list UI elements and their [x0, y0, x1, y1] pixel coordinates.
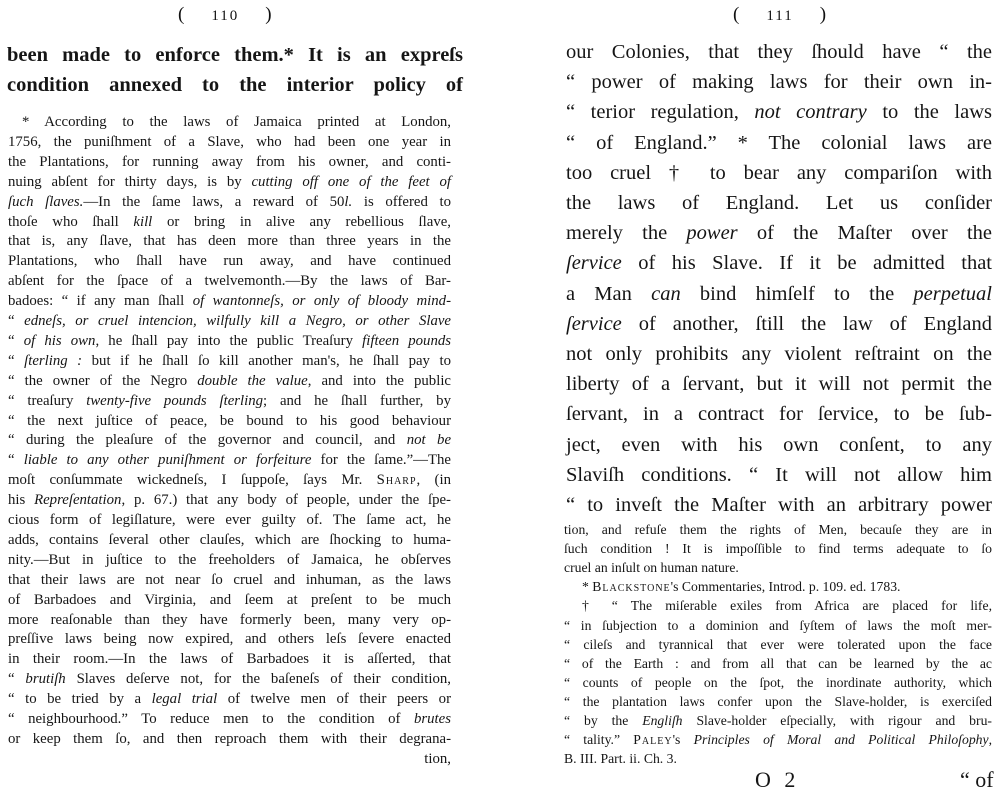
footnote-line: “ liable to any other puniſhment or forf… — [8, 452, 451, 469]
italic-text: kill — [133, 214, 152, 230]
body-line: “ of England.” * The colonial laws are — [566, 132, 992, 155]
footnote-line: “ treaſury twenty-five pounds ſterling; … — [8, 393, 451, 410]
italic-text: of his own — [24, 333, 96, 349]
footnote-line: or keep them ſo, and then reproach them … — [8, 731, 451, 748]
italic-text: edneſs, or cruel intencion, wilfully kil… — [24, 313, 451, 329]
page-number-value: 110 — [211, 8, 239, 24]
footnote-line: adds, contains ſeveral other clauſes, wh… — [8, 532, 451, 549]
footnote-line: ſuch ſlaves.—In the ſame laws, a reward … — [8, 194, 451, 211]
footnote-continuation-line: tion, and refuſe them the rights of Men,… — [564, 522, 992, 538]
footnote-dagger-line: † “ The miſerable exiles from Africa are… — [582, 598, 992, 614]
page-number-value: 111 — [766, 8, 793, 24]
footnote-line: “ during the pleaſure of the governor an… — [8, 432, 451, 449]
footnote-line: “ ſterling : but if he ſhall ſo kill ano… — [8, 353, 451, 370]
footnote-line: cious form of legiſlature, were ever gui… — [8, 512, 451, 529]
footnote-line: * According to the laws of Jamaica print… — [22, 114, 451, 131]
italic-text: brutes — [414, 711, 451, 727]
italic-text: brutiſh — [25, 671, 65, 687]
footnote-line: 1756, the puniſhment of a Slave, who had… — [8, 134, 451, 151]
body-line: ſervice of another, ſtill the law of Eng… — [566, 313, 992, 336]
italic-text: Repreſentation — [34, 492, 121, 508]
page-number-right: (111) — [733, 4, 827, 26]
small-caps-name: Blackstone — [592, 579, 670, 594]
italic-text: ſervice — [566, 252, 622, 274]
footnote-line: thoſe who ſhall kill or bring in alive a… — [8, 214, 451, 231]
footnote-line: “ of his own, he ſhall pay into the publ… — [8, 333, 451, 350]
italic-text: perpetual — [913, 283, 992, 305]
italic-text: Engliſh — [642, 713, 682, 728]
body-line: ſervant, in a contract for ſervice, to b… — [566, 403, 992, 426]
footnote-line: the Plantations, for running away from h… — [8, 154, 451, 171]
footnote-line: in their room.—In the laws of Barbadoes … — [8, 651, 451, 668]
footnote-line: nity.—But in juſtice to the freeholders … — [8, 552, 451, 569]
left-page: (110) been made to enforce them.* It is … — [0, 0, 500, 796]
footnote-line: nuing abſent for thirty days, is by cutt… — [8, 174, 451, 191]
footnote-continuation-line: cruel an inſult on human nature. — [564, 560, 992, 576]
footnote-line: “ neighbourhood.” To reduce men to the c… — [8, 711, 451, 728]
footnote-dagger-line: B. III. Part. ii. Ch. 3. — [564, 751, 992, 767]
italic-text: ſuch ſlaves. — [8, 194, 83, 210]
body-line: been made to enforce them.* It is an exp… — [7, 44, 463, 67]
footnote-dagger-line: “ tality.” Paley's Principles of Moral a… — [564, 732, 992, 748]
body-line: a Man can bind himſelf to the perpetual — [566, 283, 992, 306]
italic-text: not contrary — [754, 101, 866, 123]
italic-text: twenty-five pounds ſterling — [86, 393, 263, 409]
footnote-line: “ edneſs, or cruel intencion, wilfully k… — [8, 313, 451, 330]
body-line: not only prohibits any violent reſtraint… — [566, 343, 992, 366]
body-line: “ to inveſt the Maſter with an arbitrary… — [566, 494, 992, 517]
italic-text: not be — [407, 432, 451, 448]
footnote-line: “ to be tried by a legal trial of twelve… — [8, 691, 451, 708]
body-line: too cruel † to bear any compariſon with — [566, 162, 992, 185]
footnote-star: * Blackstone's Commentaries, Introd. p. … — [582, 579, 992, 595]
footnote-continuation-line: ſuch condition ! It is impoſſible to fin… — [564, 541, 992, 557]
italic-text: legal trial — [152, 691, 218, 707]
small-caps-name: Sharp — [377, 472, 417, 488]
body-line: condition annexed to the interior policy… — [7, 74, 463, 97]
right-page: (111) our Colonies, that they ſhould hav… — [500, 0, 1000, 796]
footnote-line: of Barbadoes and Virginia, and ſeem at p… — [8, 592, 451, 609]
body-line: Slaviſh conditions. “ It will not allow … — [566, 464, 992, 487]
body-line: ject, even with his own conſent, to any — [566, 434, 992, 457]
body-line: our Colonies, that they ſhould have “ th… — [566, 41, 992, 64]
footnote-line: that is, any ſlave, that has deen more t… — [8, 233, 451, 250]
body-line: “ power of making laws for their own in- — [566, 71, 992, 94]
footnote-line: badoes: “ if any man ſhall of wantonneſs… — [8, 293, 451, 310]
footnote-line: “ the owner of the Negro double the valu… — [8, 373, 451, 390]
italic-text: liable to any other puniſhment or forfei… — [24, 452, 312, 468]
footnote-line: his Repreſentation, p. 67.) that any bod… — [8, 492, 451, 509]
italic-text: power — [686, 222, 737, 244]
italic-text: double the value — [197, 373, 307, 389]
body-line: the laws of England. Let us conſider — [566, 192, 992, 215]
italic-text: ſterling : — [24, 353, 82, 369]
italic-text: cutting off one of the feet of — [251, 174, 451, 190]
footnote-dagger-line: “ counts of people on the ſpot, the inor… — [564, 675, 992, 691]
page-number-left: (110) — [178, 4, 273, 26]
body-line: “ terior regulation, not contrary to the… — [566, 101, 992, 124]
footnote-line: abſent for the ſpace of a twelvemonth.—B… — [8, 273, 451, 290]
italic-text: ſervice — [566, 313, 622, 335]
footnote-line: “ the next juſtice of peace, be bound to… — [8, 413, 451, 430]
small-caps-name: Paley — [633, 732, 672, 747]
footnote-line: Plantations, who ſhall have run away, an… — [8, 253, 451, 270]
body-line: liberty of a ſervant, but it will not pe… — [566, 373, 992, 396]
italic-text: of wantonneſs, or only of bloody mind- — [193, 293, 451, 309]
footnote-dagger-line: “ of the Earth : and from all that can b… — [564, 656, 992, 672]
body-line: ſervice of his Slave. If it be admitted … — [566, 252, 992, 275]
footnote-dagger-line: “ in ſubjection to a dominion and ſyſtem… — [564, 618, 992, 634]
italic-text: can — [651, 283, 681, 305]
footnote-dagger-line: “ the plantation laws confer upon the Sl… — [564, 694, 992, 710]
footnote-dagger-line: “ by the Engliſh Slave-holder eſpecially… — [564, 713, 992, 729]
footnote-line: “ brutiſh Slaves deſerve not, for the ba… — [8, 671, 451, 688]
footnote-line: moſt conſummate wickedneſs, I ſuppoſe, ſ… — [8, 472, 451, 489]
catchword: “ of — [960, 767, 994, 793]
signature-mark: O 2 — [755, 767, 799, 793]
italic-text: Principles of Moral and Political Philoſ… — [694, 732, 989, 747]
footnote-line: that their laws are not near ſo cruel an… — [8, 572, 451, 589]
italic-text: fifteen pounds — [362, 333, 451, 349]
body-line: merely the power of the Maſter over the — [566, 222, 992, 245]
italic-text: l. — [344, 194, 352, 210]
footnote-line: more reaſonable than they have formerly … — [8, 612, 451, 629]
footnote-line: tion, — [8, 751, 451, 768]
footnote-line: preſſive laws being now expired, and oth… — [8, 631, 451, 648]
footnote-dagger-line: “ cileſs and tyrannical that ever were t… — [564, 637, 992, 653]
